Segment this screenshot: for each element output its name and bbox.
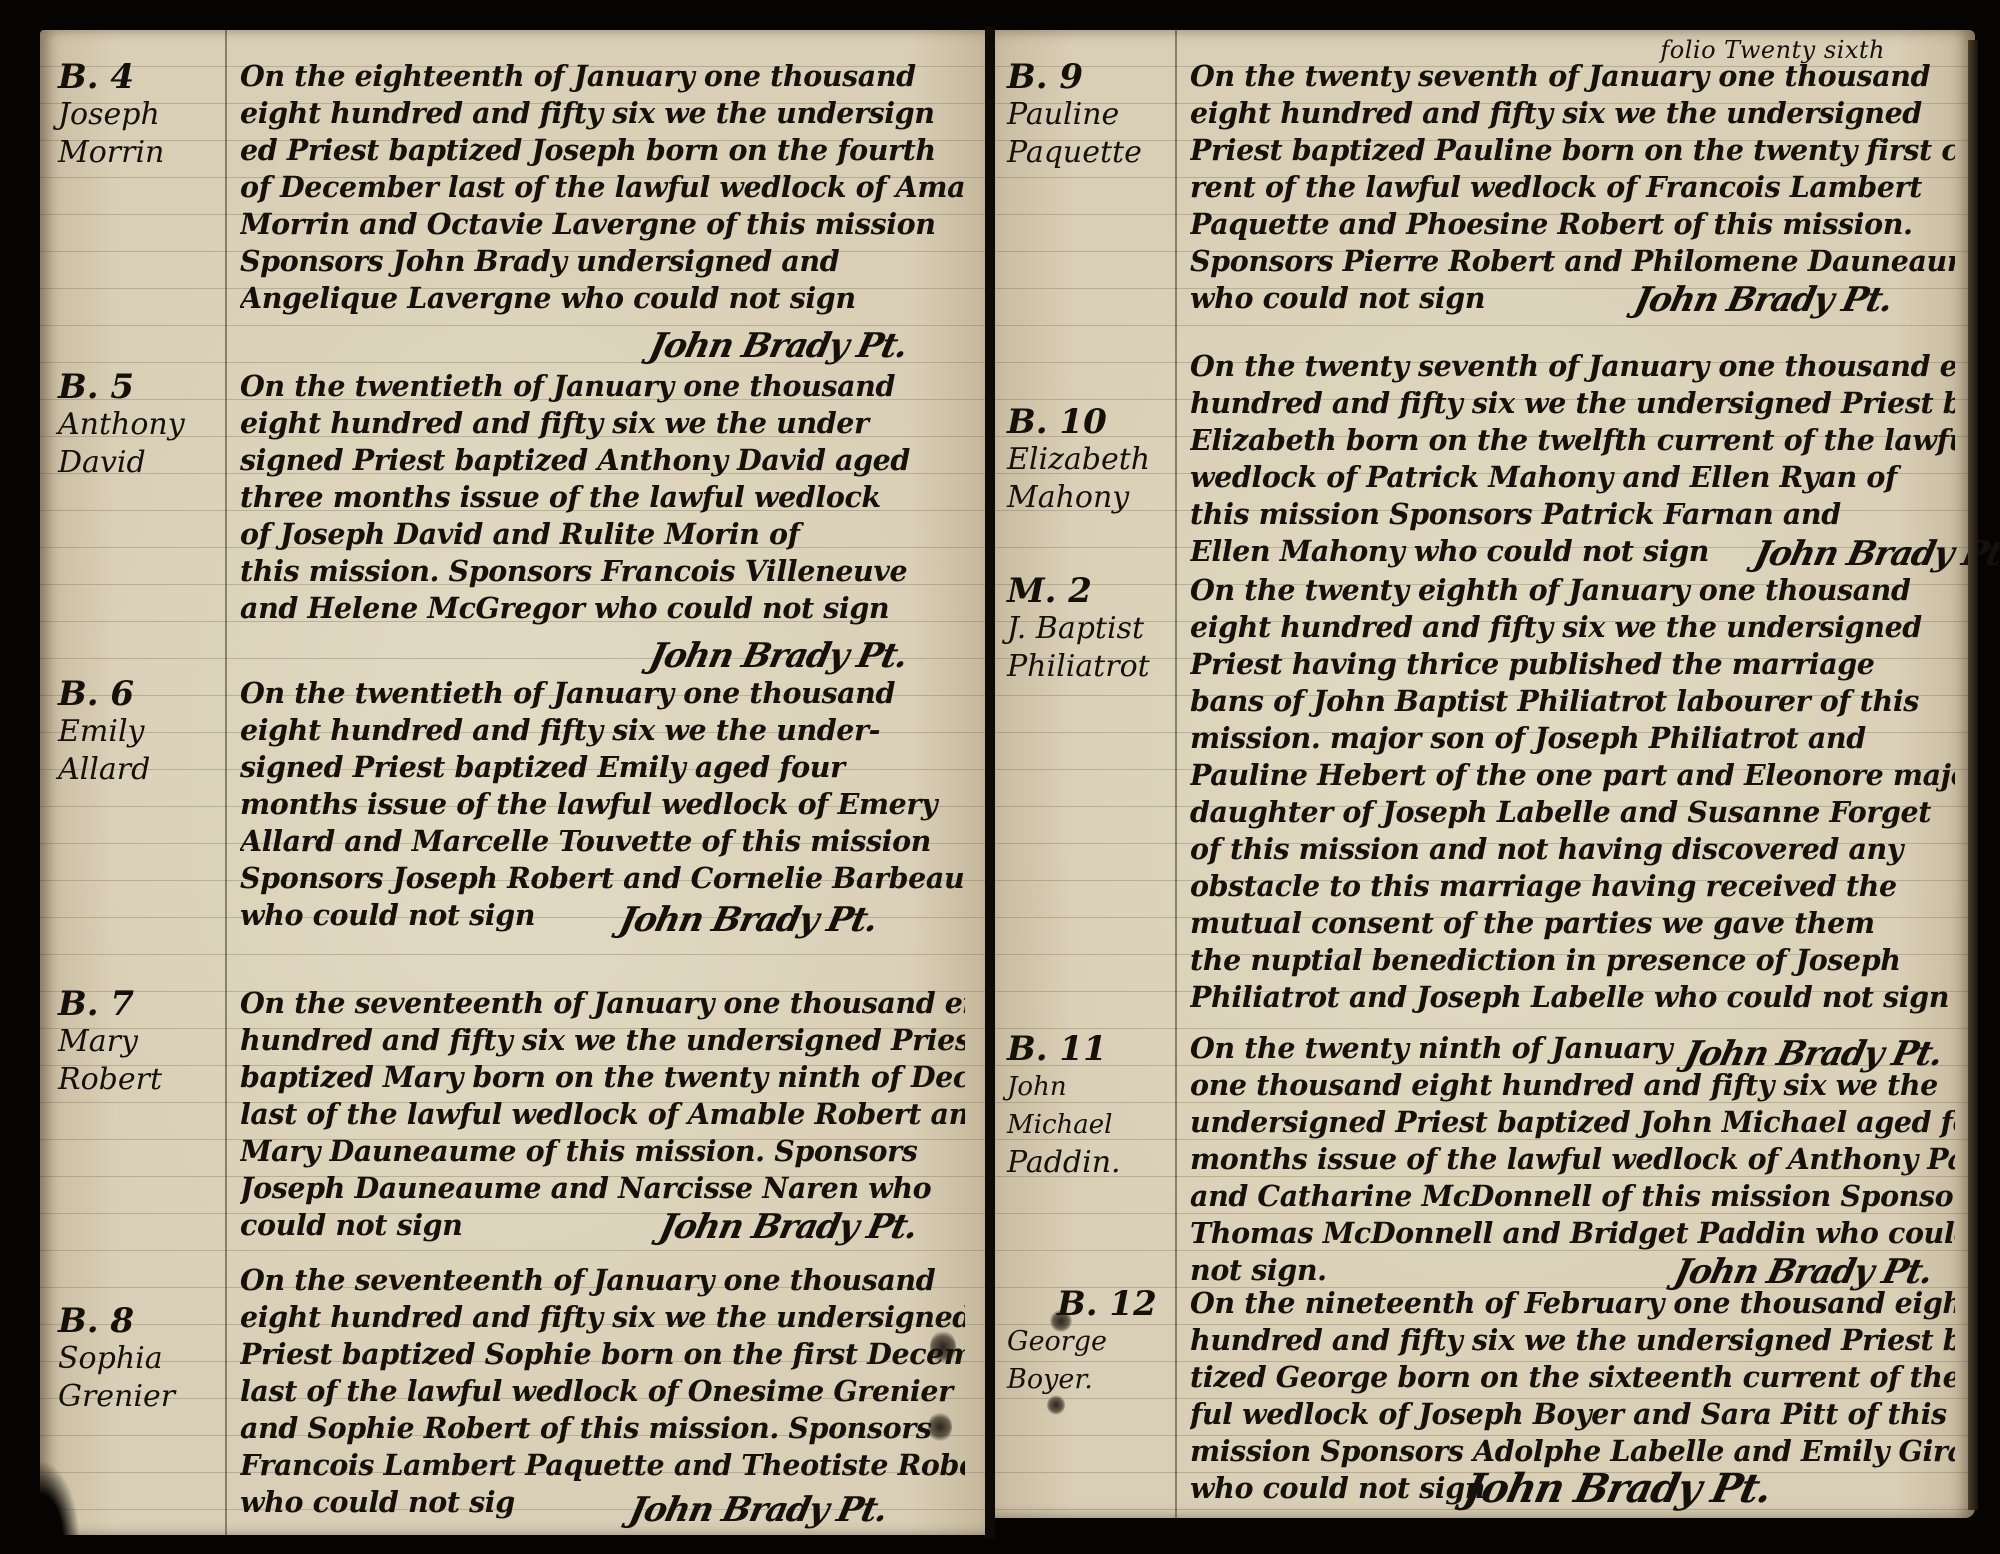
subject-surname: Philiatrot (1007, 648, 1167, 686)
entry-line: tized George born on the sixteenth curre… (1190, 1359, 1955, 1396)
entry-line: baptized Mary born on the twenty ninth o… (240, 1059, 965, 1096)
entry-text: On the twentieth of January one thousand… (240, 675, 965, 934)
entry-text: On the twenty ninth of January one thous… (1190, 1030, 1955, 1289)
subject-surname: Morrin (58, 134, 218, 172)
register-number: B. 11 (1007, 1030, 1167, 1068)
entry-line: On the eighteenth of January one thousan… (240, 58, 965, 95)
entry-text: On the twenty eighth of January one thou… (1190, 572, 1955, 1016)
entry-line: Elizabeth born on the twelfth current of… (1190, 422, 1955, 459)
entry-line: eight hundred and fifty six we the under… (1190, 609, 1955, 646)
entry-line: ed Priest baptized Joseph born on the fo… (240, 132, 965, 169)
entry-margin-label: B. 5 Anthony David (58, 368, 218, 482)
register-number: M. 2 (1007, 572, 1167, 610)
entry-line: On the twenty seventh of January one tho… (1190, 58, 1955, 95)
entry-line: Priest baptized Sophie born on the first… (240, 1336, 965, 1373)
subject-surname: Grenier (58, 1378, 218, 1416)
entry-margin-label: B. 12 George Boyer. (1007, 1285, 1167, 1399)
priest-signature: John Brady Pt. (1751, 534, 2000, 574)
priest-signature: John Brady Pt. (646, 326, 911, 366)
entry-line: and Sophie Robert of this mission. Spons… (240, 1410, 965, 1447)
register-number: B. 9 (1007, 58, 1167, 96)
margin-rule (225, 30, 227, 1535)
entry-line: eight hundred and fifty six we the under… (240, 712, 965, 749)
entry-line: Sponsors Pierre Robert and Philomene Dau… (1190, 243, 1955, 280)
entry-line: and Helene McGregor who could not sign (240, 590, 965, 627)
page-edge (1968, 40, 1978, 1510)
right-page: folio Twenty sixth B. 9 Pauline Paquette… (995, 30, 1975, 1518)
subject-surname: Paddin. (1007, 1144, 1167, 1182)
entry-line: eight hundred and fifty six we the under… (1190, 95, 1955, 132)
priest-signature: John Brady Pt. (616, 900, 881, 940)
margin-rule (1175, 30, 1177, 1518)
entry-line: Priest having thrice published the marri… (1190, 646, 1955, 683)
priest-signature: John Brady Pt. (626, 1490, 891, 1530)
subject-surname: Robert (58, 1061, 218, 1099)
entry-line: Francois Lambert Paquette and Theotiste … (240, 1447, 965, 1484)
entry-line: of December last of the lawful wedlock o… (240, 169, 965, 206)
entry-line: Angelique Lavergne who could not sign (240, 280, 965, 317)
entry-line: eight hundred and fifty six we the under… (240, 1299, 965, 1336)
entry-line: of Joseph David and Rulite Morin of (240, 516, 965, 553)
entry-line: eight hundred and fifty six we the under… (240, 95, 965, 132)
entry-line: Philiatrot and Joseph Labelle who could … (1190, 979, 1955, 1016)
ink-blot (930, 1330, 956, 1364)
entry-line: one thousand eight hundred and fifty six… (1190, 1067, 1955, 1104)
entry-line: mutual consent of the parties we gave th… (1190, 905, 1955, 942)
entry-line: Morrin and Octavie Lavergne of this miss… (240, 206, 965, 243)
entry-line: obstacle to this marriage having receive… (1190, 868, 1955, 905)
entry-line: Mary Dauneaume of this mission. Sponsors (240, 1133, 965, 1170)
subject-first-name: J. Baptist (1007, 610, 1167, 648)
ink-blot (1047, 1395, 1065, 1415)
entry-text: On the twentieth of January one thousand… (240, 368, 965, 627)
subject-first-name: Pauline (1007, 96, 1167, 134)
entry-margin-label: B. 8 Sophia Grenier (58, 1302, 218, 1416)
entry-line: On the twenty eighth of January one thou… (1190, 572, 1955, 609)
entry-margin-label: B. 6 Emily Allard (58, 675, 218, 789)
entry-margin-label: M. 2 J. Baptist Philiatrot (1007, 572, 1167, 686)
entry-line: wedlock of Patrick Mahony and Ellen Ryan… (1190, 459, 1955, 496)
entry-margin-label: B. 7 Mary Robert (58, 985, 218, 1099)
priest-signature: John Brady Pt. (656, 1207, 921, 1247)
entry-line: hundred and fifty six we the undersigned… (240, 1022, 965, 1059)
torn-corner (40, 1460, 80, 1540)
entry-line: On the twentieth of January one thousand (240, 675, 965, 712)
entry-line: daughter of Joseph Labelle and Susanne F… (1190, 794, 1955, 831)
entry-line: On the nineteenth of February one thousa… (1190, 1285, 1955, 1322)
entry-line: bans of John Baptist Philiatrot labourer… (1190, 683, 1955, 720)
subject-name: George Boyer. (1007, 1323, 1167, 1399)
entry-line: this mission Sponsors Patrick Farnan and (1190, 496, 1955, 533)
entry-text: On the seventeenth of January one thousa… (240, 985, 965, 1244)
priest-signature: John Brady Pt. (1631, 280, 1896, 320)
entry-line: of this mission and not having discovere… (1190, 831, 1955, 868)
entry-line: three months issue of the lawful wedlock (240, 479, 965, 516)
entry-line: Sponsors John Brady undersigned and (240, 243, 965, 280)
entry-line: last of the lawful wedlock of Amable Rob… (240, 1096, 965, 1133)
entry-line: eight hundred and fifty six we the under (240, 405, 965, 442)
entry-line: Joseph Dauneaume and Narcisse Naren who (240, 1170, 965, 1207)
entry-line: months issue of the lawful wedlock of Em… (240, 786, 965, 823)
priest-signature: John Brady Pt. (646, 636, 911, 676)
entry-line: On the seventeenth of January one thousa… (240, 985, 965, 1022)
subject-first-name: Emily (58, 713, 218, 751)
register-number: B. 4 (58, 58, 218, 96)
priest-signature: John Brady Pt. (1460, 1465, 1775, 1512)
entry-line: the nuptial benediction in presence of J… (1190, 942, 1955, 979)
entry-line: Allard and Marcelle Touvette of this mis… (240, 823, 965, 860)
entry-line: months issue of the lawful wedlock of An… (1190, 1141, 1955, 1178)
entry-line: Thomas McDonnell and Bridget Paddin who … (1190, 1215, 1955, 1252)
entry-line: Pauline Hebert of the one part and Eleon… (1190, 757, 1955, 794)
entry-margin-label: B. 10 Elizabeth Mahony (1007, 403, 1167, 517)
register-number: B. 6 (58, 675, 218, 713)
entry-line: mission. major son of Joseph Philiatrot … (1190, 720, 1955, 757)
entry-line: rent of the lawful wedlock of Francois L… (1190, 169, 1955, 206)
ink-blot (1050, 1310, 1072, 1332)
entry-margin-label: B. 4 Joseph Morrin (58, 58, 218, 172)
register-number: B. 5 (58, 368, 218, 406)
entry-line: On the twenty seventh of January one tho… (1190, 348, 1955, 385)
register-number: B. 7 (58, 985, 218, 1023)
subject-first-name: Anthony (58, 406, 218, 444)
entry-text: On the eighteenth of January one thousan… (240, 58, 965, 317)
register-number: B. 8 (58, 1302, 218, 1340)
register-number: B. 10 (1007, 403, 1167, 441)
entry-line: hundred and fifty six we the undersigned… (1190, 1322, 1955, 1359)
entry-line: signed Priest baptized Anthony David age… (240, 442, 965, 479)
entry-line: and Catharine McDonnell of this mission … (1190, 1178, 1955, 1215)
subject-first-name: Joseph (58, 96, 218, 134)
subject-first-name: Mary (58, 1023, 218, 1061)
entry-margin-label: B. 11 John Michael Paddin. (1007, 1030, 1167, 1182)
entry-line: this mission. Sponsors Francois Villeneu… (240, 553, 965, 590)
subject-surname: Mahony (1007, 479, 1167, 517)
subject-first-name: Elizabeth (1007, 441, 1167, 479)
entry-text: On the seventeenth of January one thousa… (240, 1262, 965, 1521)
entry-line: last of the lawful wedlock of Onesime Gr… (240, 1373, 965, 1410)
register-number: B. 12 (1007, 1285, 1167, 1323)
entry-line: On the twenty ninth of January (1190, 1030, 1955, 1067)
entry-line: On the seventeenth of January one thousa… (240, 1262, 965, 1299)
entry-text: On the twenty seventh of January one tho… (1190, 58, 1955, 317)
entry-line: signed Priest baptized Emily aged four (240, 749, 965, 786)
subject-first-name: John Michael (1007, 1068, 1167, 1144)
entry-line: On the twentieth of January one thousand (240, 368, 965, 405)
entry-line: Paquette and Phoesine Robert of this mis… (1190, 206, 1955, 243)
entry-line: Priest baptized Pauline born on the twen… (1190, 132, 1955, 169)
entry-line: ful wedlock of Joseph Boyer and Sara Pit… (1190, 1396, 1955, 1433)
book-binding (985, 26, 995, 1538)
entry-line: undersigned Priest baptized John Michael… (1190, 1104, 1955, 1141)
subject-first-name: Sophia (58, 1340, 218, 1378)
left-page: B. 4 Joseph Morrin On the eighteenth of … (40, 30, 985, 1535)
entry-line: Sponsors Joseph Robert and Cornelie Barb… (240, 860, 965, 897)
subject-surname: Paquette (1007, 134, 1167, 172)
ink-blot (928, 1412, 952, 1442)
subject-surname: David (58, 444, 218, 482)
subject-surname: Allard (58, 751, 218, 789)
entry-line: hundred and fifty six we the undersigned… (1190, 385, 1955, 422)
entry-margin-label: B. 9 Pauline Paquette (1007, 58, 1167, 172)
